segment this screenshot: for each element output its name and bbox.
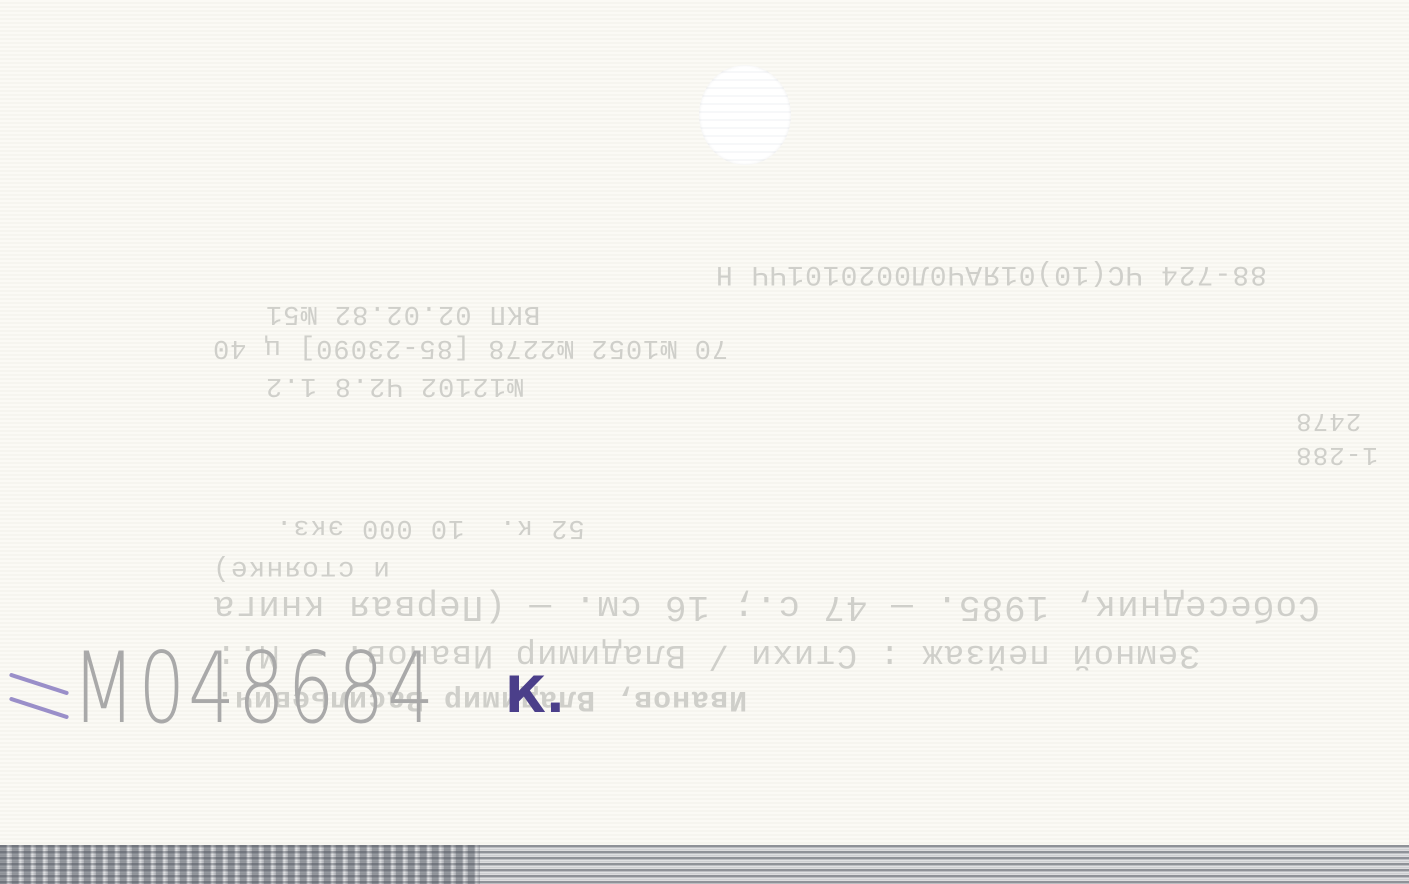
bleed-through-line: №12102 Ч2.8 1.2 bbox=[265, 370, 523, 400]
equals-mark bbox=[8, 676, 70, 726]
stamped-letter: К. bbox=[505, 666, 565, 724]
scanner-edge-shadow bbox=[0, 845, 480, 884]
bleed-through-line: 70 №1052 №2278 [85-23090] ц 40 bbox=[212, 332, 728, 362]
bleed-through-line: ВКП 02.02.82 №51 bbox=[265, 298, 540, 328]
bleed-through-line: 1-288 bbox=[1295, 440, 1378, 470]
catalog-card: 88-724 ЧС(10)01ЯАЧ0Л0020101ЧЧ Н ВКП 02.0… bbox=[0, 0, 1409, 848]
bleed-through-line: 2478 bbox=[1295, 406, 1361, 436]
punch-hole bbox=[699, 65, 791, 165]
bleed-through-line: Собеседник, 1985. — 47 с.; 16 см. — (Пер… bbox=[212, 586, 1320, 627]
bleed-through-line: 88-724 ЧС(10)01ЯАЧ0Л0020101ЧЧ Н bbox=[715, 258, 1267, 289]
handwritten-inventory-number: M048684 bbox=[72, 632, 437, 746]
bleed-through-line: 52 к. 10 000 экз. bbox=[275, 512, 585, 542]
bleed-through-line: и стоянке) bbox=[212, 553, 390, 584]
